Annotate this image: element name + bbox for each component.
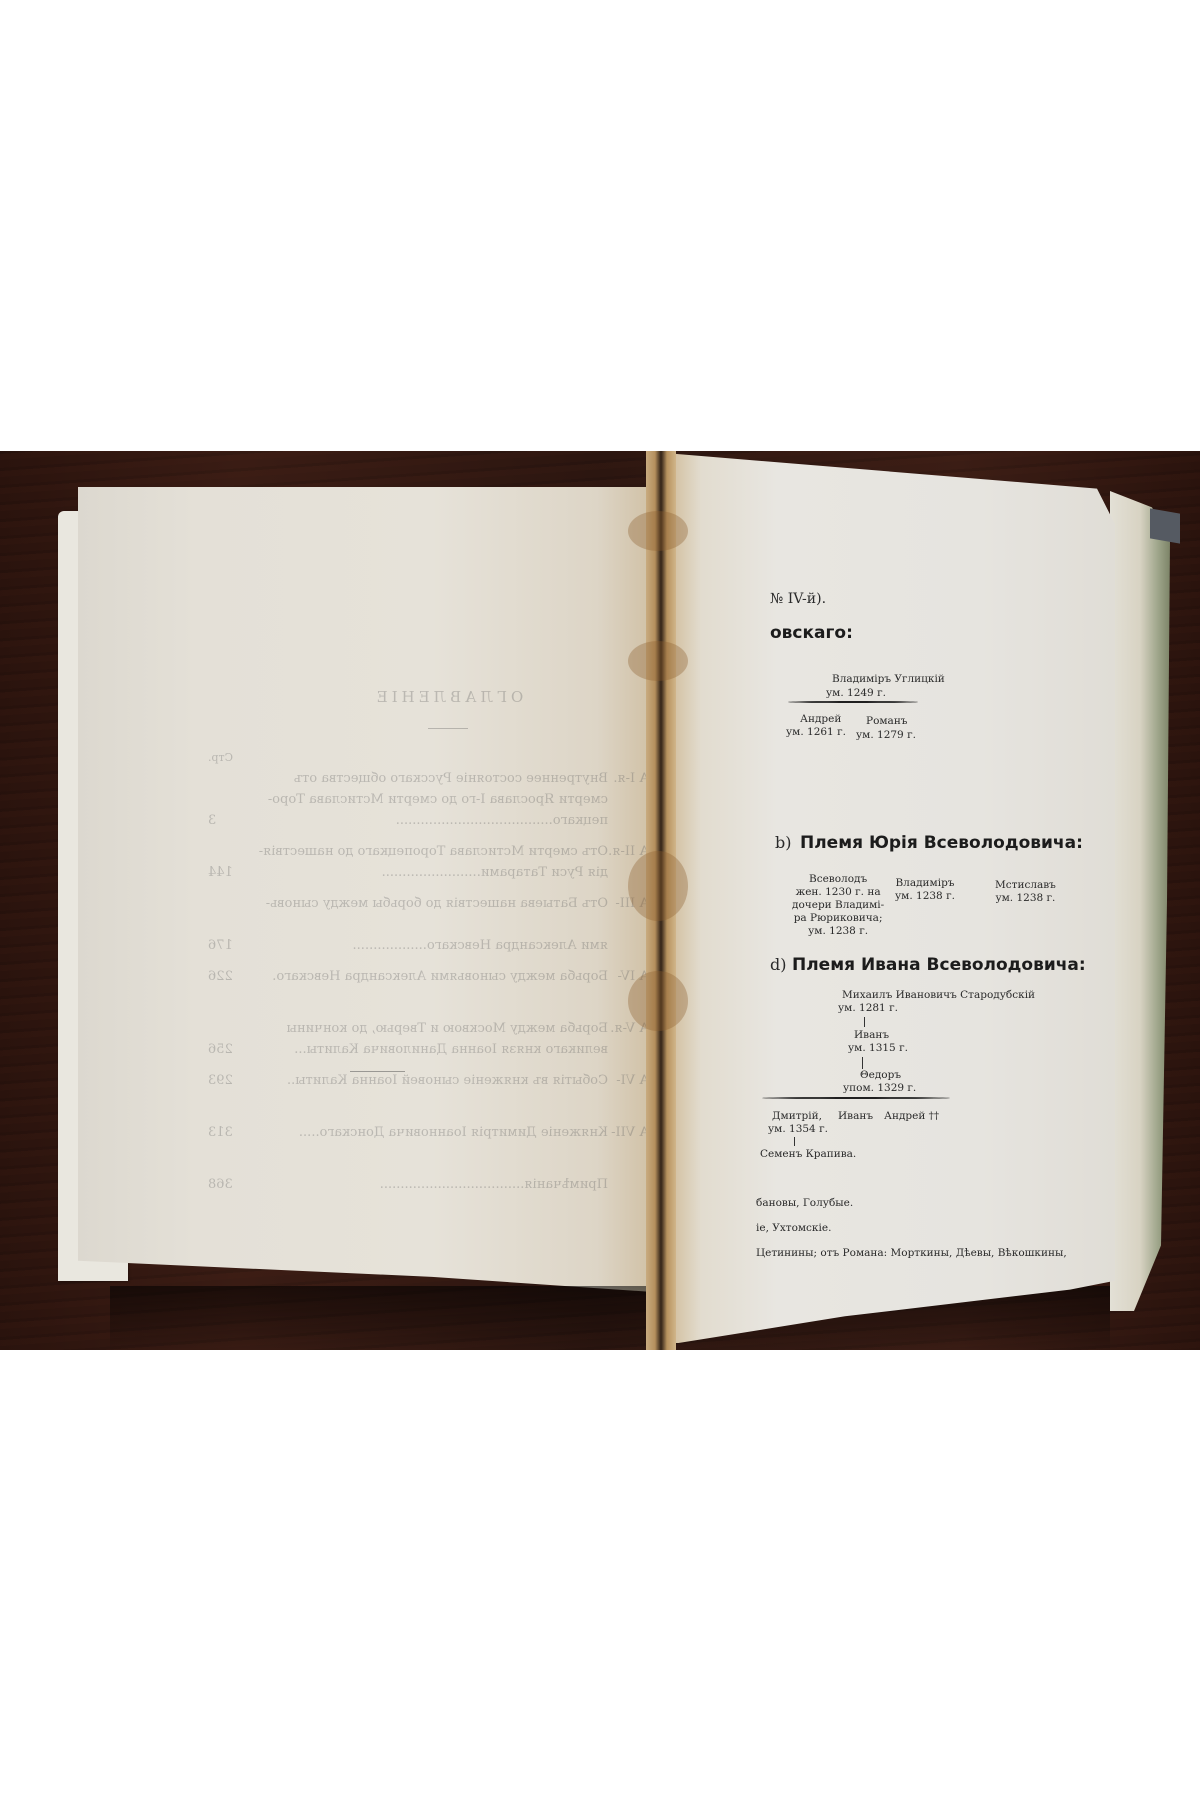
page-number: 256: [208, 1039, 244, 1060]
contents-title: ОГЛАВЛЕНІЕ: [208, 687, 688, 708]
page-number: 3: [208, 810, 244, 831]
book-photo: ОГЛАВЛЕНІЕ Стр. ГЛАВА I-я.Внутреннее сос…: [0, 451, 1200, 1350]
page-number: 313: [208, 1122, 244, 1164]
tree-a-child-2-name: Романъ: [866, 715, 908, 728]
tree-d-child-1-died: ум. 1354 г.: [768, 1123, 828, 1136]
contents-row: ГЛАВА V-я.Борьба между Москвою и Тверью,…: [208, 1018, 688, 1039]
page-number: 226: [208, 966, 244, 1008]
footnote-line-2: іе, Ухтомскіе.: [756, 1222, 831, 1235]
spacer: [208, 1164, 688, 1174]
tree-a-child-1-name: Андрей: [800, 713, 841, 726]
spacer: [208, 1008, 688, 1018]
section-b-member: Мстиславъ ум. 1238 г.: [995, 879, 1056, 905]
page-number: [208, 768, 244, 789]
tree-d-grandson-name: Θедоръ: [860, 1069, 901, 1082]
contents-row: ями Александра Невскаго.................…: [208, 935, 688, 956]
spacer: [208, 1060, 688, 1070]
section-a-heading: овскаго:: [770, 623, 853, 643]
chapter-title: Внутреннее состояніе Русскаго общества о…: [244, 768, 608, 789]
section-b-label: b): [775, 833, 791, 852]
section-b-member: Владиміръ ум. 1238 г.: [895, 877, 955, 903]
chapter-title: Отъ смерти Мстислава Торопецкаго до наше…: [244, 841, 608, 862]
contents-row: ГЛАВА IV-я.Борьба между сыновьями Алекса…: [208, 966, 688, 1008]
chapter-title: Борьба между Москвою и Тверью, до кончин…: [244, 1018, 608, 1039]
section-b-title: Племя Юрія Всеволодовича:: [800, 833, 1083, 853]
page-number: [208, 841, 244, 862]
spacer: [208, 1195, 688, 1205]
left-page: ОГЛАВЛЕНІЕ Стр. ГЛАВА I-я.Внутреннее сос…: [78, 487, 668, 1293]
tree-d-descendant: Семенъ Крапива.: [760, 1148, 856, 1161]
cover-board-corner: [1150, 508, 1180, 543]
stain: [628, 511, 688, 551]
tree-a-child-2-died: ум. 1279 г.: [856, 729, 916, 742]
spacer: [208, 1112, 688, 1122]
tree-line: [862, 1057, 863, 1069]
page-column-label: Стр.: [208, 747, 688, 768]
chapter-title: дія Руси Татарами.......................…: [244, 862, 608, 883]
title-rule: [428, 728, 468, 729]
tree-d-son-name: Иванъ: [854, 1029, 889, 1042]
page-edges-stack: [1110, 491, 1170, 1311]
end-rule: [350, 1071, 405, 1072]
tree-d-son-died: ум. 1315 г.: [848, 1042, 908, 1055]
tree-a-root-name: Владиміръ Углицкій: [832, 673, 945, 686]
tree-d-child-3-name: Андрей ††: [884, 1110, 939, 1123]
tree-line: [864, 1017, 865, 1027]
page-number: 176: [208, 935, 244, 956]
contents-row: смерти Ярослава I-го до смерти Мстислава…: [208, 789, 688, 810]
chapter-title: ями Александра Невскаго.................…: [244, 935, 608, 956]
chapter-title: Событія въ княженіе сыновей Іоанна Калит…: [244, 1070, 608, 1112]
contents-list: ГЛАВА I-я.Внутреннее состояніе Русскаго …: [208, 768, 688, 1205]
spacer: [208, 831, 688, 841]
contents-row: ГЛАВА I-я.Внутреннее состояніе Русскаго …: [208, 768, 688, 789]
chapter-title: великаго князя Іоанна Даниловича Калиты.…: [244, 1039, 608, 1060]
tree-d-root-died: ум. 1281 г.: [838, 1002, 898, 1015]
tree-brace: [788, 701, 918, 703]
chapter-title: смерти Ярослава I-го до смерти Мстислава…: [244, 789, 608, 810]
page-number: [208, 1018, 244, 1039]
stain: [628, 971, 688, 1031]
table-reference: № IV-й).: [770, 591, 826, 607]
tree-d-grandson-died: упом. 1329 г.: [843, 1082, 916, 1095]
tree-brace: [762, 1097, 950, 1099]
page-number: 293: [208, 1070, 244, 1112]
contents-row: великаго князя Іоанна Даниловича Калиты.…: [208, 1039, 688, 1060]
contents-row: пецкаго.................................…: [208, 810, 688, 831]
contents-row: ГЛАВА VI-я.Событія въ княженіе сыновей І…: [208, 1070, 688, 1112]
tree-d-child-1-name: Дмитрій,: [772, 1110, 822, 1123]
chapter-title: Княженіе Димитрія Іоанновича Донскаго...…: [244, 1122, 608, 1164]
section-d-label: d): [770, 955, 786, 974]
footnote-line-1: бановы, Голубые.: [756, 1197, 853, 1210]
section-b-member: Всеволодъ жен. 1230 г. на дочери Владимі…: [792, 873, 884, 938]
page-number: [208, 893, 244, 935]
footnote-line-3: Цетинины; отъ Романа: Мортки­ны, Дѣевы, …: [756, 1247, 1067, 1260]
page-number: [208, 789, 244, 810]
stain: [628, 641, 688, 681]
tree-a-child-1-died: ум. 1261 г.: [786, 726, 846, 739]
tree-a-root-died: ум. 1249 г.: [826, 687, 886, 700]
chapter-title: Примѣчанія..............................…: [244, 1174, 608, 1195]
chapter-title: Борьба между сыновьями Александра Невска…: [244, 966, 608, 1008]
contents-row: ГЛАВА VII-я.Княженіе Димитрія Іоанновича…: [208, 1122, 688, 1164]
tree-d-child-2-name: Иванъ: [838, 1110, 873, 1123]
bleed-through-contents: ОГЛАВЛЕНІЕ Стр. ГЛАВА I-я.Внутреннее сос…: [208, 687, 688, 1205]
chapter-title: Отъ Батыева нашествія до борьбы между сы…: [244, 893, 608, 935]
contents-row: Примѣчанія..............................…: [208, 1174, 688, 1195]
spacer: [208, 956, 688, 966]
page-number: 144: [208, 862, 244, 883]
stain: [628, 851, 688, 921]
spacer: [208, 883, 688, 893]
section-d-title: Племя Ивана Всеволодовича:: [792, 955, 1086, 975]
tree-line: [794, 1137, 795, 1146]
contents-row: ГЛАВА III-я.Отъ Батыева нашествія до бор…: [208, 893, 688, 935]
contents-row: дія Руси Татарами.......................…: [208, 862, 688, 883]
contents-row: ГЛАВА II-я.Отъ смерти Мстислава Торопецк…: [208, 841, 688, 862]
tree-d-root-name: Михаилъ Ивановичъ Стародубскій: [842, 989, 1035, 1002]
page-number: 368: [208, 1174, 244, 1195]
chapter-title: пецкаго.................................…: [244, 810, 608, 831]
